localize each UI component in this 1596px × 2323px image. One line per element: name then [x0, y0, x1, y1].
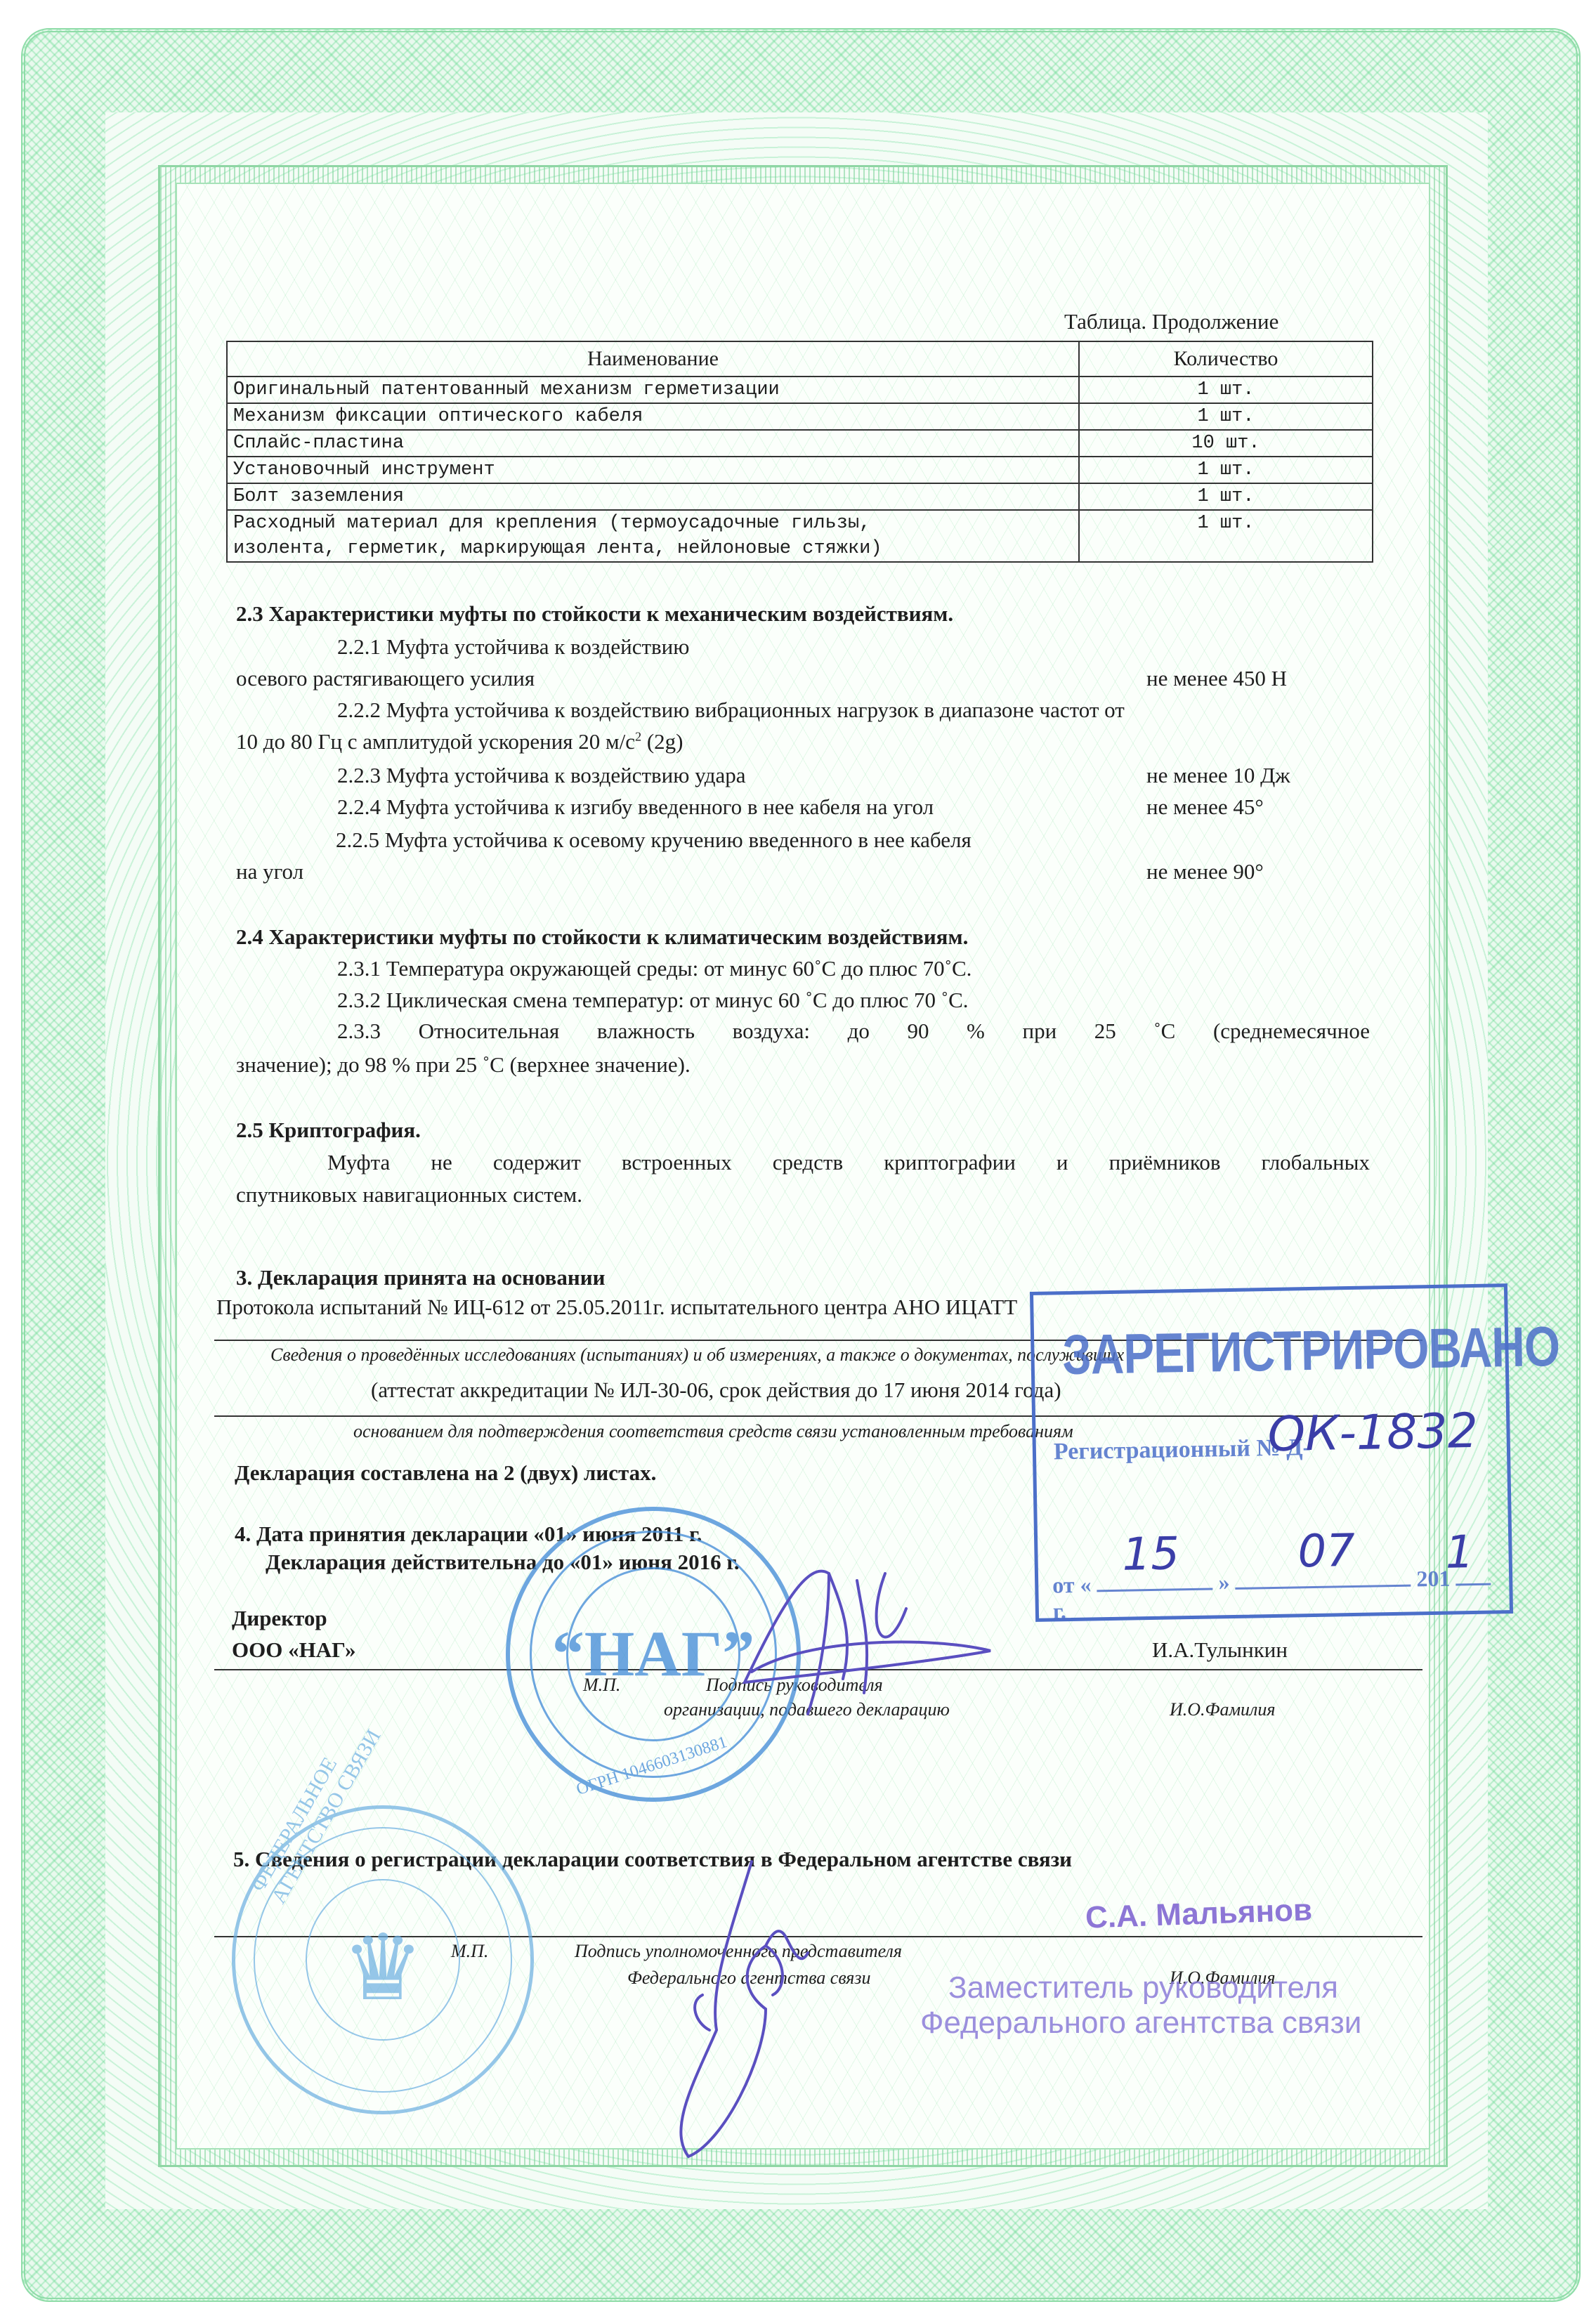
section-2-3-heading: 2.3 Характеристики муфты по стойкости к … — [236, 601, 953, 627]
header-quantity: Количество — [1079, 341, 1373, 377]
items-table: Наименование Количество Оригинальный пат… — [226, 341, 1373, 563]
item-2-3-1: 2.3.1 Температура окружающей среды: от м… — [337, 955, 972, 981]
item-2-3-3-line2: значение); до 98 % при 25 ˚С (верхнее зн… — [236, 1052, 691, 1078]
item-2-2-2-line2: 10 до 80 Гц с амплитудой ускорения 20 м/… — [236, 728, 683, 754]
table-row: Болт заземления 1 шт. — [227, 483, 1373, 510]
item-2-2-2-line1: 2.2.2 Муфта устойчива к воздействию вибр… — [337, 697, 1125, 723]
item-2-2-5-value: не менее 90° — [1146, 858, 1264, 884]
month-blank — [1236, 1585, 1411, 1590]
superscript: 2 — [635, 730, 641, 744]
item-2-2-5-line2: на угол — [236, 858, 303, 884]
item-name: Сплайс-пластина — [227, 430, 1079, 457]
item-2-2-4: 2.2.4 Муфта устойчива к изгибу введенног… — [337, 794, 934, 820]
accreditation-text: (аттестат аккредитации № ИЛ-30-06, срок … — [371, 1377, 1061, 1403]
hint-text-1: Сведения о проведённых исследованиях (ис… — [270, 1344, 1124, 1366]
item-qty: 1 шт. — [1079, 510, 1373, 562]
table-header-row: Наименование Количество — [227, 341, 1373, 377]
item-name: Установочный инструмент — [227, 457, 1079, 483]
item-name: Оригинальный патентованный механизм герм… — [227, 377, 1079, 403]
sheets-count: Декларация составлена на 2 (двух) листах… — [235, 1460, 656, 1486]
section-2-4-heading: 2.4 Характеристики муфты по стойкости к … — [236, 924, 968, 950]
signer-position: Директор — [232, 1605, 327, 1631]
name-caption: И.О.Фамилия — [1170, 1699, 1275, 1720]
handwritten-day: 15 — [1122, 1528, 1180, 1581]
header-name: Наименование — [227, 341, 1079, 377]
date-prefix: от « — [1052, 1572, 1092, 1598]
handwritten-month: 07 — [1297, 1525, 1356, 1578]
official-position-stamp-1: Заместитель руководителя — [948, 1970, 1338, 2005]
item-2-3-3-line1: 2.3.3 Относительная влажность воздуха: д… — [337, 1019, 1370, 1044]
item-2-2-1-line2: осевого растягивающего усилия — [236, 665, 535, 691]
hint-text-2: основанием для подтверждения соответстви… — [353, 1420, 1073, 1442]
item-2-2-4-value: не менее 45° — [1146, 794, 1264, 820]
item-qty: 1 шт. — [1079, 483, 1373, 510]
crypto-text-line2: спутниковых навигационных систем. — [236, 1182, 582, 1208]
director-signature — [724, 1531, 1019, 1728]
registration-number: ОК-1832 — [1267, 1403, 1479, 1462]
item-qty: 1 шт. — [1079, 377, 1373, 403]
official-position-stamp-2: Федерального агентства связи — [920, 2005, 1361, 2041]
item-name-line1: Расходный материал для крепления (термоу… — [233, 511, 1073, 536]
federal-agency-seal: ♛ ФЕДЕРАЛЬНОЕ АГЕНТСТВО СВЯЗИ — [232, 1805, 534, 2114]
table-row: Расходный материал для крепления (термоу… — [227, 510, 1373, 562]
table-row: Установочный инструмент 1 шт. — [227, 457, 1373, 483]
table-row: Оригинальный патентованный механизм герм… — [227, 377, 1373, 403]
registration-date-line: от « » 201 г. — [1052, 1564, 1510, 1624]
item-2-2-3-value: не менее 10 Дж — [1146, 762, 1290, 788]
protocol-text: Протокола испытаний № ИЦ-612 от 25.05.20… — [216, 1294, 1017, 1320]
item-2-3-2: 2.3.2 Циклическая смена температур: от м… — [337, 987, 969, 1013]
registration-stamp: ЗАРЕГИСТРИРОВАНО Регистрационный № Д- ОК… — [1030, 1283, 1513, 1622]
signer-name: И.А.Тулынкин — [1152, 1637, 1288, 1663]
item-2-2-1-value: не менее 450 Н — [1146, 665, 1287, 691]
double-headed-eagle-icon: ♛ — [235, 1914, 530, 2022]
signer-company: ООО «НАГ» — [232, 1637, 356, 1663]
table-row: Сплайс-пластина 10 шт. — [227, 430, 1373, 457]
representative-signature — [625, 1847, 850, 2178]
section-3-heading: 3. Декларация принята на основании — [236, 1264, 605, 1290]
table-caption: Таблица. Продолжение — [1064, 309, 1278, 334]
item-name: Болт заземления — [227, 483, 1079, 510]
item-2-2-1-line1: 2.2.1 Муфта устойчива к воздействию — [337, 634, 689, 660]
item-name-line2: изолента, герметик, маркирующая лента, н… — [233, 536, 1073, 561]
item-name: Механизм фиксации оптического кабеля — [227, 403, 1079, 430]
item-2-2-2-tail: (2g) — [641, 729, 683, 754]
item-name: Расходный материал для крепления (термоу… — [227, 510, 1079, 562]
day-blank — [1097, 1588, 1213, 1592]
item-2-2-5-line1: 2.2.5 Муфта устойчива к осевому кручению… — [336, 827, 972, 853]
item-qty: 1 шт. — [1079, 403, 1373, 430]
date-mid: » — [1218, 1569, 1230, 1595]
registration-stamp-title: ЗАРЕГИСТРИРОВАНО — [1062, 1314, 1560, 1387]
item-qty: 10 шт. — [1079, 430, 1373, 457]
crypto-text-line1: Муфта не содержит встроенных средств кри… — [327, 1150, 1370, 1175]
year-suffix: г. — [1053, 1598, 1067, 1623]
section-2-5-heading: 2.5 Криптография. — [236, 1117, 421, 1143]
handwritten-year: 1 — [1445, 1526, 1474, 1579]
year-blank — [1456, 1583, 1491, 1586]
table-row: Механизм фиксации оптического кабеля 1 ш… — [227, 403, 1373, 430]
item-2-2-2-text: 10 до 80 Гц с амплитудой ускорения 20 м/… — [236, 729, 635, 754]
item-2-2-3: 2.2.3 Муфта устойчива к воздействию удар… — [337, 762, 746, 788]
item-qty: 1 шт. — [1079, 457, 1373, 483]
